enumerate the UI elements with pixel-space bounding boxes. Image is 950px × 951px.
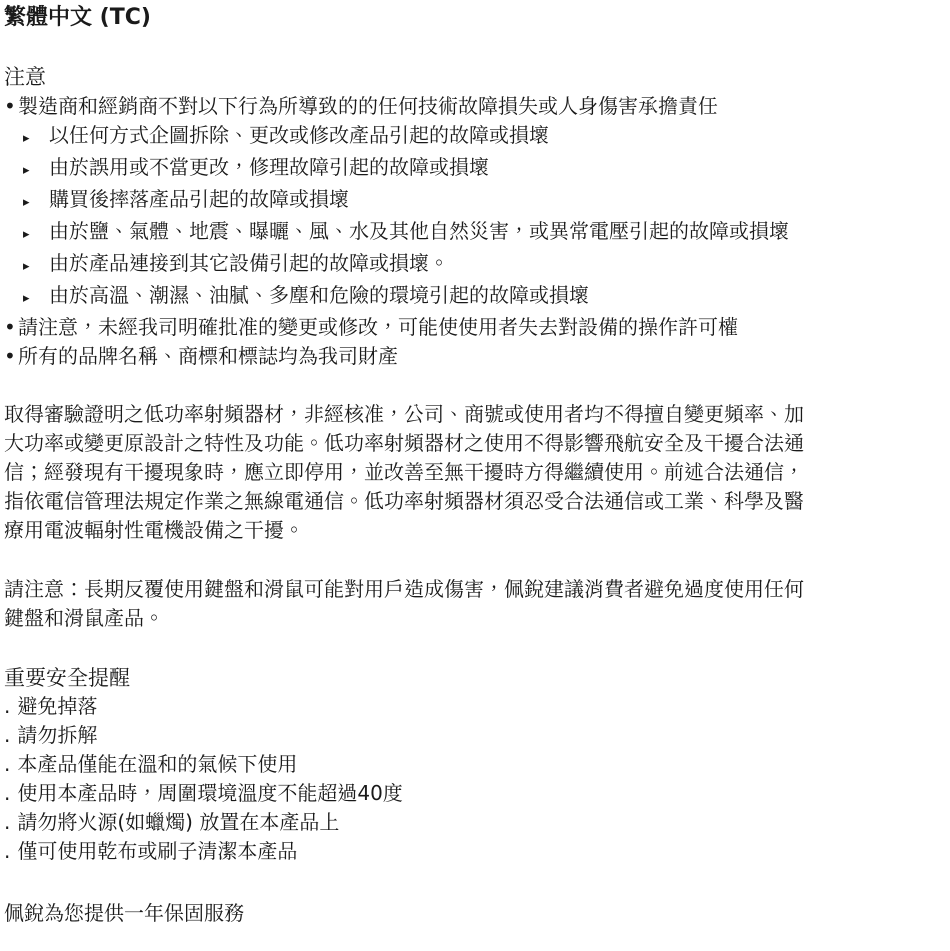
page-title: 繁體中文 (TC) — [4, 4, 948, 32]
safety-item-text: 使用本產品時，周圍環境溫度不能超過40度 — [17, 779, 402, 808]
list-item-text: 購買後摔落產品引起的故障或損壞 — [49, 185, 349, 214]
notice-list: • 製造商和經銷商不對以下行為所導致的的任何技術故障損失或人身傷害承擔責任 ▸ … — [4, 92, 948, 371]
paragraph-line: 取得審驗證明之低功率射頻器材，非經核准，公司、商號或使用者均不得擅自變更頻率、加 — [4, 400, 948, 429]
period-marker: . — [4, 721, 10, 750]
list-item: • 製造商和經銷商不對以下行為所導致的的任何技術故障損失或人身傷害承擔責任 — [4, 92, 948, 121]
safety-item-text: 請勿拆解 — [17, 721, 97, 750]
list-item: ▸ 由於產品連接到其它設備引起的故障或損壞。 — [4, 249, 948, 281]
safety-item: . 本產品僅能在溫和的氣候下使用 — [4, 750, 948, 779]
list-item-text: 所有的品牌名稱、商標和標誌均為我司財產 — [18, 342, 398, 371]
list-item-text: 由於鹽、氣體、地震、曝曬、風、水及其他自然災害，或異常電壓引起的故障或損壞 — [49, 217, 789, 246]
document-page: 繁體中文 (TC) 注意 • 製造商和經銷商不對以下行為所導致的的任何技術故障損… — [0, 0, 950, 928]
safety-item: . 避免掉落 — [4, 692, 948, 721]
list-item: ▸ 由於誤用或不當更改，修理故障引起的故障或損壞 — [4, 153, 948, 185]
usage-warning-paragraph: 請注意：長期反覆使用鍵盤和滑鼠可能對用戶造成傷害，佩銳建議消費者避免過度使用任何… — [4, 575, 948, 633]
paragraph-line: 指依電信管理法規定作業之無線電通信。低功率射頻器材須忍受合法通信或工業、科學及醫 — [4, 487, 948, 516]
notice-heading: 注意 — [4, 63, 948, 91]
list-item: ▸ 由於鹽、氣體、地震、曝曬、風、水及其他自然災害，或異常電壓引起的故障或損壞 — [4, 217, 948, 249]
period-marker: . — [4, 808, 10, 837]
period-marker: . — [4, 692, 10, 721]
triangle-bullet-icon: ▸ — [23, 284, 49, 313]
list-item-text: 以任何方式企圖拆除、更改或修改產品引起的故障或損壞 — [49, 121, 549, 150]
paragraph-line: 療用電波輻射性電機設備之干擾。 — [4, 516, 948, 545]
safety-item: . 請勿將火源(如蠟燭) 放置在本產品上 — [4, 808, 948, 837]
period-marker: . — [4, 837, 10, 866]
list-item: ▸ 由於高溫、潮濕、油膩、多塵和危險的環境引起的故障或損壞 — [4, 281, 948, 313]
list-item: ▸ 購買後摔落產品引起的故障或損壞 — [4, 185, 948, 217]
list-item-text: 由於誤用或不當更改，修理故障引起的故障或損壞 — [49, 153, 489, 182]
list-item-text: 請注意，未經我司明確批准的變更或修改，可能使使用者失去對設備的操作許可權 — [18, 313, 738, 342]
list-item: • 請注意，未經我司明確批准的變更或修改，可能使使用者失去對設備的操作許可權 — [4, 313, 948, 342]
safety-item-text: 避免掉落 — [17, 692, 97, 721]
triangle-bullet-icon: ▸ — [23, 220, 49, 249]
period-marker: . — [4, 750, 10, 779]
bullet-icon: • — [4, 313, 18, 342]
triangle-bullet-icon: ▸ — [23, 252, 49, 281]
list-item-text: 由於高溫、潮濕、油膩、多塵和危險的環境引起的故障或損壞 — [49, 281, 589, 310]
paragraph-line: 大功率或變更原設計之特性及功能。低功率射頻器材之使用不得影響飛航安全及干擾合法通 — [4, 429, 948, 458]
safety-item: . 使用本產品時，周圍環境溫度不能超過40度 — [4, 779, 948, 808]
period-marker: . — [4, 779, 10, 808]
safety-item: . 請勿拆解 — [4, 721, 948, 750]
list-item-text: 由於產品連接到其它設備引起的故障或損壞。 — [49, 249, 449, 278]
safety-item: . 僅可使用乾布或刷子清潔本產品 — [4, 837, 948, 866]
safety-item-text: 本產品僅能在溫和的氣候下使用 — [17, 750, 297, 779]
triangle-bullet-icon: ▸ — [23, 188, 49, 217]
safety-item-text: 請勿將火源(如蠟燭) 放置在本產品上 — [17, 808, 339, 837]
triangle-bullet-icon: ▸ — [23, 124, 49, 153]
warranty-note: 佩銳為您提供一年保固服務 — [4, 899, 948, 928]
list-item: ▸ 以任何方式企圖拆除、更改或修改產品引起的故障或損壞 — [4, 121, 948, 153]
bullet-icon: • — [4, 92, 18, 121]
safety-list: . 避免掉落 . 請勿拆解 . 本產品僅能在溫和的氣候下使用 . 使用本產品時，… — [4, 692, 948, 866]
safety-heading: 重要安全提醒 — [4, 664, 948, 692]
safety-item-text: 僅可使用乾布或刷子清潔本產品 — [17, 837, 297, 866]
paragraph-line: 鍵盤和滑鼠產品。 — [4, 604, 948, 633]
paragraph-line: 請注意：長期反覆使用鍵盤和滑鼠可能對用戶造成傷害，佩銳建議消費者避免過度使用任何 — [4, 575, 948, 604]
triangle-bullet-icon: ▸ — [23, 156, 49, 185]
list-item-text: 製造商和經銷商不對以下行為所導致的的任何技術故障損失或人身傷害承擔責任 — [18, 92, 718, 121]
paragraph-line: 信；經發現有干擾現象時，應立即停用，並改善至無干擾時方得繼續使用。前述合法通信， — [4, 458, 948, 487]
list-item: • 所有的品牌名稱、商標和標誌均為我司財產 — [4, 342, 948, 371]
ncc-regulation-paragraph: 取得審驗證明之低功率射頻器材，非經核准，公司、商號或使用者均不得擅自變更頻率、加… — [4, 400, 948, 545]
bullet-icon: • — [4, 342, 18, 371]
